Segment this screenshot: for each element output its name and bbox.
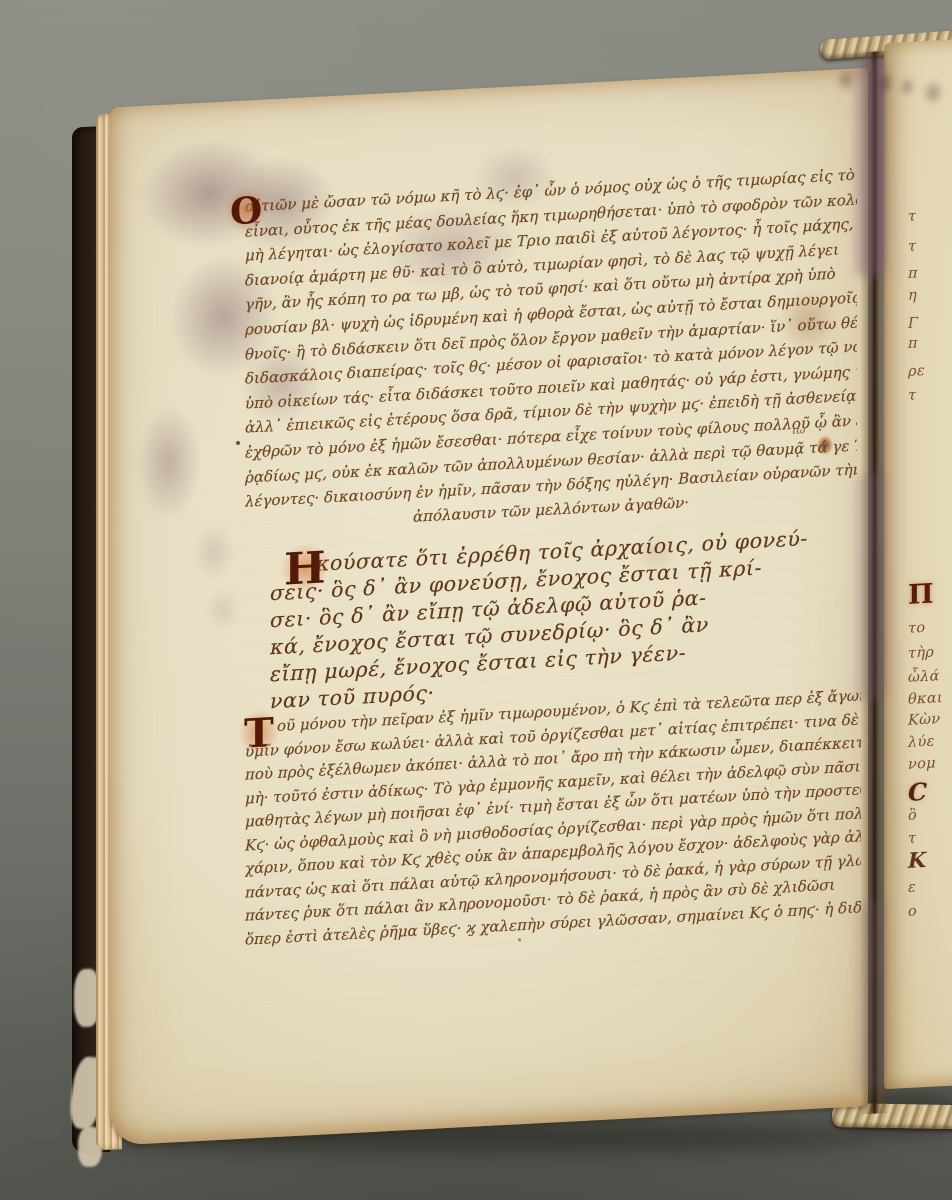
right-page-sliver: ττπηΓπρετΠτοτὴρὦλάθκαιΚὼνλύενομϹὃτΚεο — [884, 34, 952, 1089]
right-page-text-fragment: π — [908, 335, 918, 352]
rubric-initial-omicron: Ο — [230, 188, 262, 234]
right-page-text-fragment: η — [908, 287, 917, 303]
gospel-lemma-block: κούσατε ὅτι ἐρρέθη τοῖς ἀρχαίοις, οὐ φον… — [270, 522, 866, 715]
rubric-initial-tau: Τ — [244, 709, 274, 758]
right-page-text-fragment: τ — [908, 238, 916, 254]
right-page-text-fragment: ὃ — [908, 807, 917, 823]
right-page-text-fragment: το — [908, 620, 925, 637]
right-page-text-fragment: νομ — [908, 755, 936, 772]
commentary-block-lower: οῦ μόνου τὴν πεῖραν ἐξ ἡμῖν τιμωρουμένον… — [245, 684, 861, 951]
right-page-text-fragment: Κὼν — [908, 711, 940, 729]
marginal-note: ιω — [792, 423, 805, 437]
open-book: ττπηΓπρετΠτοτὴρὦλάθκαιΚὼνλύενομϹὃτΚεο Ο … — [66, 42, 952, 1200]
photo-of-manuscript: ττπηΓπρετΠτοτὴρὦλάθκαιΚὼνλύενομϹὃτΚεο Ο … — [0, 0, 952, 1200]
rubric-initial-eta: Η — [284, 542, 326, 595]
right-page-text-fragment: Π — [908, 579, 934, 611]
right-page-text-fragment: τ — [908, 387, 916, 403]
right-page-text-fragment: τ — [908, 208, 916, 224]
right-page-text-fragment: τὴρ — [908, 645, 934, 662]
right-page-text-fragment: π — [908, 265, 918, 282]
right-page-text-fragment: ρε — [908, 363, 925, 380]
right-page-text-fragment: ὦλά — [908, 668, 940, 686]
right-page-text-fragment: τ — [908, 830, 916, 846]
right-page-text-fragment: λύε — [908, 733, 935, 750]
right-page-text-fragment: ο — [908, 903, 917, 919]
right-page-text-fragment: Κ — [908, 847, 927, 873]
right-page-text-fragment: θκαι — [908, 690, 943, 708]
right-page-text-fragment: Γ — [908, 315, 918, 332]
right-page-text-fragment: ε — [908, 879, 916, 895]
right-page-text-fragment: Ϲ — [908, 777, 927, 807]
commentary-block-upper: αἰτιῶν μὲ ὤσαν τῶ νόμω κῆ τὸ λϛ· ἐφ᾽ ὧν … — [245, 163, 857, 515]
gutter-stain — [856, 901, 886, 1093]
